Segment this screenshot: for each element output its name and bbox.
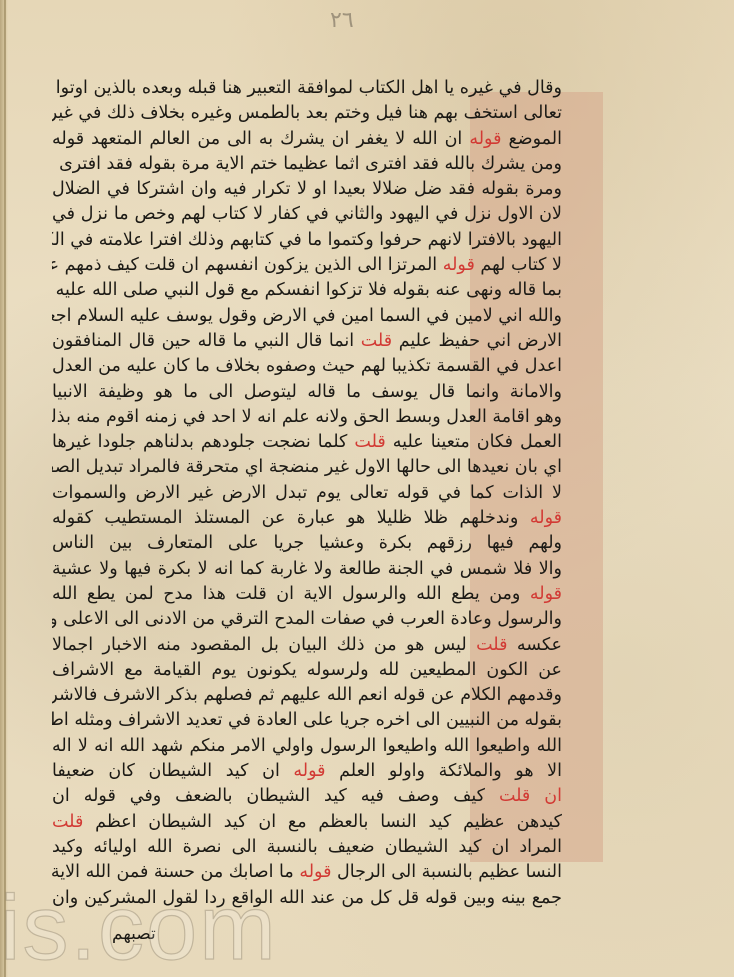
- line-text: كيف وصف فيه كيد الشيطان بالضعف وفي قوله …: [52, 786, 485, 806]
- line-text: النسا عظيم بالنسبة الى الرجال: [337, 862, 562, 882]
- line-text: العمل فكان متعينا عليه: [393, 432, 562, 452]
- line-text: بما قاله ونهى عنه بقوله فلا تزكوا انفسكم…: [52, 280, 562, 300]
- line-text: وهو اقامة العدل وبسط الحق ولانه علم انه …: [52, 407, 562, 427]
- text-line: قوله ومن يطع الله والرسول الاية ان قلت ه…: [52, 582, 562, 607]
- line-text: الموضع: [508, 129, 562, 149]
- line-text: اعدل في القسمة تكذيبا لهم حيث وصفوه بخلا…: [52, 356, 562, 376]
- manuscript-text: وقال في غيره يا اهل الكتاب لموافقة التعب…: [52, 76, 562, 911]
- text-line: لان الاول نزل في اليهود والثاني في كفار …: [52, 202, 562, 227]
- line-text: ان كيد الشيطان كان ضعيفا: [52, 761, 280, 781]
- manuscript-page: ٢٦ وقال في غيره يا اهل الكتاب لموافقة ال…: [0, 0, 734, 977]
- line-text: اي بان نعيدها الى حالها الاول غير منضجة …: [52, 457, 562, 477]
- line-text: وندخلهم ظلا ظليلا هو عبارة عن المستلذ ال…: [52, 508, 518, 528]
- line-text: لان الاول نزل في اليهود والثاني في كفار …: [52, 204, 562, 224]
- line-text: وقال في غيره يا اهل الكتاب لموافقة التعب…: [52, 78, 562, 98]
- line-text: اليهود بالافترا لانهم حرفوا وكتموا ما في…: [52, 230, 562, 250]
- text-line: وهو اقامة العدل وبسط الحق ولانه علم انه …: [52, 405, 562, 430]
- text-line: ومرة بقوله فقد ضل ضلالا بعيدا او لا تكرا…: [52, 177, 562, 202]
- rubric-heading: قوله: [299, 862, 331, 882]
- text-line: ان قلت كيف وصف فيه كيد الشيطان بالضعف وف…: [52, 784, 562, 809]
- text-line: الله واطيعوا الله واطيعوا الرسول واولي ا…: [52, 734, 562, 759]
- rubric-heading: قوله: [530, 584, 562, 604]
- text-line: ولهم فيها رزقهم بكرة وعشيا جريا على المت…: [52, 531, 562, 556]
- text-line: عن الكون المطيعين لله ولرسوله يكونون يوم…: [52, 658, 562, 683]
- line-text: ليس هو من ذلك البيان بل المقصود منه الاخ…: [52, 635, 467, 655]
- line-text: تعالى استخف بهم هنا فيل وختم بعد بالطمس …: [52, 103, 562, 123]
- text-line: وقال في غيره يا اهل الكتاب لموافقة التعب…: [52, 76, 562, 101]
- text-line: والا فلا شمس في الجنة طالعة ولا غاربة كم…: [52, 557, 562, 582]
- rubric-heading: قلت: [354, 432, 385, 452]
- line-text: ومن يطع الله والرسول الاية ان قلت هذا مد…: [52, 584, 520, 604]
- line-text: الله واطيعوا الله واطيعوا الرسول واولي ا…: [52, 736, 562, 756]
- line-text: والا فلا شمس في الجنة طالعة ولا غاربة كم…: [52, 559, 562, 579]
- line-text: لا كتاب لهم: [480, 255, 562, 275]
- rubric-heading: قلت: [52, 812, 83, 832]
- text-line: عكسه قلت ليس هو من ذلك البيان بل المقصود…: [52, 633, 562, 658]
- rubric-heading: قوله: [469, 129, 501, 149]
- text-line: والله اني لامين في السما امين في الارض و…: [52, 304, 562, 329]
- text-line: الارض اني حفيظ عليم قلت انما قال النبي م…: [52, 329, 562, 354]
- rubric-heading: قلت: [361, 331, 392, 351]
- line-text: ان الله لا يغفر ان يشرك به الى من العالم…: [52, 129, 462, 149]
- line-text: الا هو والملائكة واولو العلم: [339, 761, 562, 781]
- rubric-heading: قوله: [530, 508, 562, 528]
- line-text: ولهم فيها رزقهم بكرة وعشيا جريا على المت…: [52, 533, 562, 553]
- text-line: بقوله من النبيين الى اخره جريا على العاد…: [52, 708, 562, 733]
- text-line: ومن يشرك بالله فقد افترى اثما عظيما ختم …: [52, 152, 562, 177]
- line-text: لا الذات كما في قوله تعالى يوم تبدل الار…: [52, 483, 562, 503]
- text-line: الموضع قوله ان الله لا يغفر ان يشرك به ا…: [52, 127, 562, 152]
- line-text: ومن يشرك بالله فقد افترى اثما عظيما ختم …: [52, 154, 562, 174]
- text-line: وقدمهم الكلام عن قوله انعم الله عليهم ثم…: [52, 683, 562, 708]
- text-line: لا كتاب لهم قوله المرتزا الى الذين يزكون…: [52, 253, 562, 278]
- text-line: لا الذات كما في قوله تعالى يوم تبدل الار…: [52, 481, 562, 506]
- text-line: العمل فكان متعينا عليه قلت كلما نضجت جلو…: [52, 430, 562, 455]
- line-text: كيدهن عظيم كيد النسا بالعظم مع ان كيد ال…: [95, 812, 562, 832]
- line-text: عن الكون المطيعين لله ولرسوله يكونون يوم…: [52, 660, 562, 680]
- line-text: والامانة وانما قال يوسف ما قاله ليتوصل ا…: [52, 382, 562, 402]
- text-line: تعالى استخف بهم هنا فيل وختم بعد بالطمس …: [52, 101, 562, 126]
- line-text: انما قال النبي ما قاله حين قال المنافقون: [52, 331, 354, 351]
- line-text: الارض اني حفيظ عليم: [399, 331, 562, 351]
- line-text: عكسه: [517, 635, 562, 655]
- line-text: والرسول وعادة العرب في صفات المدح الترقي…: [52, 609, 562, 629]
- line-text: كلما نضجت جلودهم بدلناهم جلودا غيرها: [52, 432, 347, 452]
- text-line: والرسول وعادة العرب في صفات المدح الترقي…: [52, 607, 562, 632]
- text-line: اي بان نعيدها الى حالها الاول غير منضجة …: [52, 455, 562, 480]
- text-line: الا هو والملائكة واولو العلم قوله ان كيد…: [52, 759, 562, 784]
- page-number: ٢٦: [330, 8, 354, 33]
- line-text: والله اني لامين في السما امين في الارض و…: [52, 306, 562, 326]
- watermark: is.com: [0, 882, 278, 974]
- text-line: كيدهن عظيم كيد النسا بالعظم مع ان كيد ال…: [52, 810, 562, 835]
- line-text: ومرة بقوله فقد ضل ضلالا بعيدا او لا تكرا…: [52, 179, 562, 199]
- line-text: المرتزا الى الذين يزكون انفسهم ان قلت كي…: [52, 255, 437, 275]
- text-line: اعدل في القسمة تكذيبا لهم حيث وصفوه بخلا…: [52, 354, 562, 379]
- line-text: المراد ان كيد الشيطان ضعيف بالنسبة الى ن…: [52, 837, 562, 857]
- rubric-heading: قوله: [443, 255, 475, 275]
- rubric-heading: قلت: [476, 635, 507, 655]
- text-line: المراد ان كيد الشيطان ضعيف بالنسبة الى ن…: [52, 835, 562, 860]
- text-line: اليهود بالافترا لانهم حرفوا وكتموا ما في…: [52, 228, 562, 253]
- binding-line: [4, 0, 6, 977]
- rubric-heading: ان قلت: [499, 786, 562, 806]
- line-text: بقوله من النبيين الى اخره جريا على العاد…: [52, 710, 562, 730]
- rubric-heading: قوله: [293, 761, 325, 781]
- text-line: والامانة وانما قال يوسف ما قاله ليتوصل ا…: [52, 380, 562, 405]
- text-line: قوله وندخلهم ظلا ظليلا هو عبارة عن المست…: [52, 506, 562, 531]
- text-line: بما قاله ونهى عنه بقوله فلا تزكوا انفسكم…: [52, 278, 562, 303]
- line-text: وقدمهم الكلام عن قوله انعم الله عليهم ثم…: [52, 685, 562, 705]
